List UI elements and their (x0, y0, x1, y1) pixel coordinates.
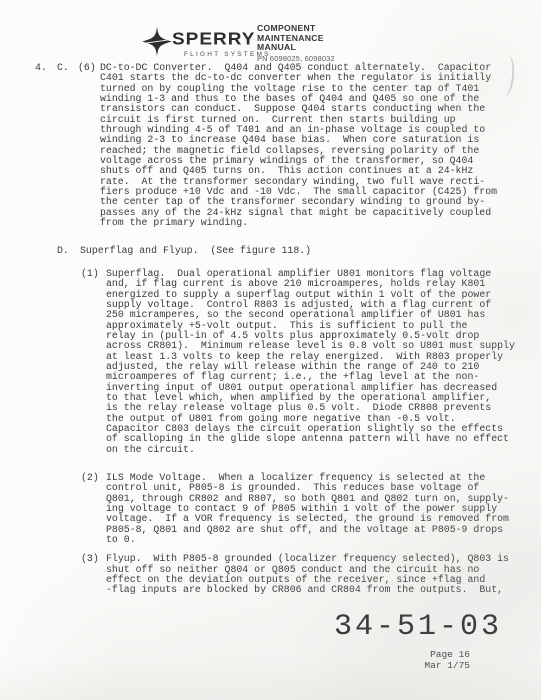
page-header: SPERRY FLIGHT SYSTEMS COMPONENT MAINTENA… (0, 0, 541, 62)
item-label: (1) (81, 269, 106, 279)
document-body: 4. C. (6) DC-to-DC Converter. Q404 and Q… (0, 63, 541, 596)
revision-date: Mar 1/75 (424, 660, 470, 671)
sperry-star-icon (141, 26, 173, 57)
page-number: Page 16 (424, 649, 470, 660)
section-d-heading: D. Superflag and Flyup. (See figure 118.… (0, 246, 541, 256)
manual-title-block: COMPONENT MAINTENANCE MANUAL PN 6098025,… (257, 24, 335, 63)
item-text: ILS Mode Voltage. When a localizer frequ… (106, 473, 509, 545)
item-text: Superflag. Dual operational amplifier U8… (106, 269, 515, 455)
section-letter: D. (57, 246, 80, 256)
outline-item-number: (6) (78, 63, 100, 73)
outline-number: 4. (35, 63, 57, 73)
outline-letter: C. (57, 63, 78, 73)
manual-page: SPERRY FLIGHT SYSTEMS COMPONENT MAINTENA… (0, 0, 541, 700)
footer-meta: Page 16 Mar 1/75 (424, 649, 470, 671)
section-title: Superflag and Flyup. (See figure 118.) (80, 246, 311, 256)
item-label: (3) (81, 554, 106, 564)
list-item-superflag: (1) Superflag. Dual operational amplifie… (0, 269, 541, 455)
item-label: (2) (81, 473, 106, 483)
manual-title-line3: MANUAL (257, 43, 335, 53)
paragraph-text: DC-to-DC Converter. Q404 and Q405 conduc… (100, 63, 497, 229)
paragraph-dc-converter: 4. C. (6) DC-to-DC Converter. Q404 and Q… (0, 63, 541, 229)
list-item-flyup: (3) Flyup. With P805-8 grounded (localiz… (0, 554, 541, 595)
brand-name: SPERRY (172, 30, 255, 50)
item-text: Flyup. With P805-8 grounded (localizer f… (106, 554, 509, 595)
list-item-ils-mode: (2) ILS Mode Voltage. When a localizer f… (0, 473, 541, 545)
ata-chapter-code: 34-51-03 (334, 610, 502, 644)
